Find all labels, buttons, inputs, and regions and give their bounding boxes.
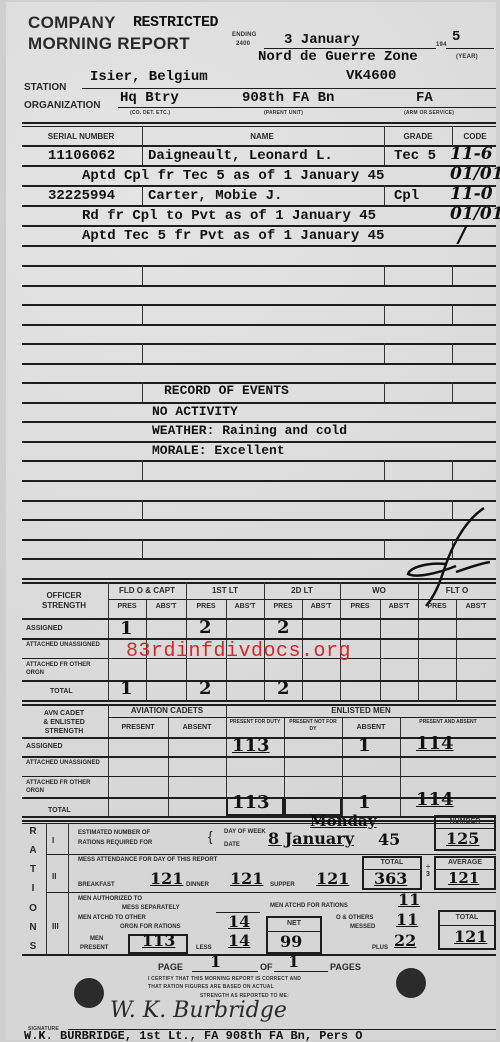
signer-name-title: W.K. BURBRIDGE, 1st Lt., FA 908th FA Bn,… [24, 1029, 362, 1042]
sub-pres: PRES [264, 603, 302, 610]
col-divider [142, 382, 143, 402]
col-divider [384, 265, 385, 285]
col-divider [384, 539, 385, 559]
year-suffix: 5 [452, 29, 460, 45]
col-divider [380, 599, 381, 700]
breakfast-count: 121 [150, 869, 183, 888]
enlisted-total-present-duty: 113 [232, 792, 270, 813]
col-divider [68, 823, 69, 954]
col-header-serial: SERIAL NUMBER [22, 132, 140, 141]
officer-group-wo: WO [340, 586, 418, 595]
side-letter: I [32, 883, 35, 894]
col-divider [142, 500, 143, 520]
average-label: AVERAGE [436, 859, 494, 866]
sub-abst: ABS'T [456, 603, 496, 610]
watermark: 83rdinfdivdocs.org [126, 640, 351, 663]
subheader-rule [108, 599, 496, 600]
col-divider [342, 717, 343, 816]
organization-value: Hq Btry [120, 90, 179, 106]
side-letter: O [29, 903, 37, 914]
grid-reference: VK4600 [346, 68, 396, 84]
mess-attendance-label: MESS ATTENDANCE FOR DAY OF THIS REPORT [78, 857, 217, 863]
rations-total-label: TOTAL [440, 914, 494, 921]
officer-group-fld-capt: FLD O & CAPT [108, 586, 186, 595]
entry-code: / [458, 222, 466, 248]
col-divider [46, 823, 47, 954]
average-box: AVERAGE 121 [434, 856, 496, 890]
average-value: 121 [448, 869, 479, 887]
pages-underline [274, 971, 328, 972]
officer-label-2: STRENGTH [42, 601, 86, 610]
side-letter: S [30, 941, 37, 952]
certify-line-1: I CERTIFY THAT THIS MORNING REPORT IS CO… [148, 976, 301, 982]
officer-label-1: OFFICER [46, 591, 81, 600]
row-rule [22, 680, 496, 682]
classification-stamp: RESTRICTED [133, 14, 218, 31]
col-present-for-duty: PRESENT FOR DUTY [228, 719, 282, 726]
others-value: 11 [396, 910, 418, 929]
col-divider [452, 126, 453, 146]
col-divider [142, 126, 143, 146]
group-aviation-cadets: AVIATION CADETS [108, 706, 226, 715]
certify-line-2: THAT RATION FIGURES ARE BASED ON ACTUAL [148, 984, 274, 990]
supper-count: 121 [316, 869, 349, 888]
officer-assigned-fld-pres: 1 [120, 618, 133, 639]
col-divider [384, 145, 385, 165]
sub-abst: ABS'T [226, 603, 264, 610]
net-label: NET [268, 920, 320, 927]
col-divider [142, 343, 143, 363]
row-rule [22, 776, 496, 777]
page-number: 1 [210, 952, 221, 971]
sub-pres: PRES [418, 603, 456, 610]
section-rule [22, 820, 496, 822]
atchd-other-label-1: MEN ATCHD TO OTHER [78, 915, 146, 921]
signature: W. K. Burbridge [110, 998, 287, 1023]
section-rule-2 [22, 823, 496, 824]
col-divider [384, 500, 385, 520]
dinner-label: DINNER [186, 882, 209, 888]
col-header-name: NAME [142, 132, 382, 141]
row-rule [22, 460, 496, 462]
others-label-1: O & OTHERS [336, 915, 373, 921]
col-enlisted-absent: ABSENT [342, 724, 400, 731]
col-present-and-absent: PRESENT AND ABSENT [406, 719, 490, 726]
entry-name: Daigneault, Leonard L. [148, 148, 333, 164]
men-present-label-1: MEN [90, 936, 103, 942]
col-divider [142, 539, 143, 559]
side-letter: R [29, 826, 36, 837]
plus-label: PLUS [372, 945, 388, 951]
enlisted-label-2: & ENLISTED [43, 719, 85, 726]
brace-icon: { [208, 828, 213, 844]
col-header-code: CODE [454, 132, 496, 141]
group-enlisted-men: ENLISTED MEN [226, 706, 496, 715]
organization-label: ORGANIZATION [24, 100, 100, 111]
row-rule [22, 343, 496, 345]
col-divider [452, 265, 453, 285]
rations-total-value: 121 [454, 927, 487, 946]
col-divider [384, 382, 385, 402]
table-top-rule [22, 122, 496, 124]
breakfast-label: BREAKFAST [78, 882, 115, 888]
parent-sub-label: (PARENT UNIT) [264, 110, 303, 116]
officer-assigned-2lt-pres: 2 [277, 617, 290, 638]
pages-label: PAGES [330, 962, 361, 972]
report-date: 3 January [284, 32, 360, 48]
col-cadets-present: PRESENT [108, 724, 168, 731]
ending-time-label: 2400 [236, 41, 250, 47]
less-value: 14 [228, 931, 250, 950]
officer-row-attached-unassigned: ATTACHED UNASSIGNED [26, 641, 106, 649]
enlisted-strength-label: AVN CADET& ENLISTEDSTRENGTH [22, 709, 106, 736]
col-divider [384, 304, 385, 324]
row-rule [22, 618, 496, 620]
officer-strength-label: OFFICERSTRENGTH [22, 591, 106, 611]
mess-separately-label-1: MEN AUTHORIZED TO [78, 896, 142, 902]
rations-total-box: TOTAL 121 [438, 910, 496, 950]
entry-code: 11-6 [450, 144, 493, 164]
col-divider [384, 343, 385, 363]
row-rule [22, 225, 496, 227]
officer-total-1lt-pres: 2 [199, 678, 212, 699]
entry-remark: Aptd Cpl fr Tec 5 as of 1 January 45 [82, 168, 384, 184]
row-rule [22, 816, 496, 818]
total-pages: 1 [288, 952, 299, 971]
col-divider [384, 185, 385, 205]
enlisted-label-3: STRENGTH [45, 728, 84, 735]
enlisted-assigned-absent: 1 [358, 735, 371, 756]
divide-by-three: ÷ 3 [424, 864, 432, 878]
officer-row-attached-other: ATTACHED FR OTHER ORGN [26, 661, 106, 677]
row-rule [22, 285, 496, 287]
station-value: Isier, Belgium [90, 69, 208, 85]
form-title-morning-report: MORNING REPORT [28, 34, 190, 54]
col-header-grade: GRADE [384, 132, 452, 141]
enlisted-assigned-present-absent: 114 [416, 733, 454, 754]
year-label: (YEAR) [456, 54, 478, 60]
day-of-week-label: DAY OF WEEK [224, 829, 266, 835]
officer-group-1st-lt: 1ST LT [186, 586, 264, 595]
col-divider [142, 460, 143, 480]
officer-group-flt-o: FLT O [418, 586, 496, 595]
col-divider [142, 185, 143, 205]
row-rule [22, 304, 496, 306]
arm-service: FA [416, 90, 433, 106]
sub-abst: ABS'T [380, 603, 418, 610]
mess-total-box: TOTAL 363 [362, 856, 422, 890]
subheader-rule [108, 717, 496, 718]
entry-code: 11-0 [450, 184, 493, 204]
record-line-morale: MORALE: Excellent [152, 443, 285, 458]
enlisted-row-attached-unassigned: ATTACHED UNASSIGNED [26, 759, 106, 767]
row-rule [22, 480, 496, 482]
box-rule [440, 925, 494, 926]
col-divider [384, 460, 385, 480]
dinner-count: 121 [230, 869, 263, 888]
sub-pres: PRES [108, 603, 146, 610]
date-label: DATE [224, 842, 240, 848]
entry-grade: Tec 5 [394, 148, 436, 164]
punch-hole-right [396, 968, 426, 998]
record-line-activity: NO ACTIVITY [152, 404, 238, 419]
table-top-rule-2 [22, 126, 496, 127]
men-present-value: 113 [142, 931, 175, 950]
row-rule [22, 165, 496, 167]
sub-pres: PRES [186, 603, 226, 610]
enlisted-row-assigned: ASSIGNED [26, 743, 63, 750]
officer-group-2d-lt: 2D LT [264, 586, 340, 595]
officer-row-assigned: ASSIGNED [26, 625, 63, 632]
net-value: 99 [280, 932, 302, 951]
officer-assigned-1lt-pres: 2 [199, 617, 212, 638]
row-rule [46, 854, 496, 855]
total-label: TOTAL [364, 859, 420, 866]
station-underline [82, 88, 496, 89]
net-box: NET 99 [266, 916, 322, 954]
entry-code: 01/01 [450, 204, 500, 224]
col-divider [452, 382, 453, 402]
side-letter: T [30, 864, 36, 875]
entry-name: Carter, Mobie J. [148, 188, 282, 204]
col-divider [452, 460, 453, 480]
row-rule [22, 145, 496, 147]
enlisted-label-1: AVN CADET [44, 710, 84, 717]
col-divider [108, 704, 109, 816]
entry-remark: Aptd Tec 5 fr Pvt as of 1 January 45 [82, 228, 384, 244]
entry-remark: Rd fr Cpl to Pvt as of 1 January 45 [82, 208, 376, 224]
atchd-other-value: 14 [228, 912, 250, 931]
sub-abst: ABS'T [146, 603, 186, 610]
initials-flourish-icon [396, 502, 496, 612]
morning-report-form: COMPANY RESTRICTED MORNING REPORT ENDING… [6, 2, 496, 1040]
others-label-2: MESSED [350, 924, 375, 930]
less-label: LESS [196, 945, 212, 951]
col-divider [142, 145, 143, 165]
enlisted-assigned-present-duty: 113 [232, 735, 270, 756]
ration-estimate-label-1: ESTIMATED NUMBER OF [78, 830, 150, 836]
row-rule [22, 402, 496, 404]
officer-row-total: TOTAL [50, 688, 73, 695]
entry-serial: 11106062 [48, 148, 115, 164]
atchd-for-rations-value: 11 [398, 890, 420, 909]
ration-number: 125 [446, 829, 479, 848]
men-present-label-2: PRESENT [80, 945, 108, 951]
col-divider [456, 599, 457, 700]
row-rule [22, 205, 496, 207]
arm-sub-label: (ARM OR SERVICE) [404, 110, 454, 116]
entry-grade: Cpl [394, 188, 419, 204]
record-line-weather: WEATHER: Raining and cold [152, 423, 347, 438]
row-rule [22, 363, 496, 365]
entry-code: 01/01 [450, 164, 500, 184]
ration-day: Monday [310, 812, 376, 830]
page-underline [192, 971, 258, 972]
station-label: STATION [24, 82, 66, 93]
side-letter: A [29, 845, 36, 856]
ration-number-box: NUMBER 125 [434, 815, 496, 851]
officer-total-fld-pres: 1 [120, 678, 133, 699]
col-divider [384, 126, 385, 146]
ration-year: 45 [378, 830, 400, 849]
page-label: PAGE [158, 962, 183, 972]
numeral-i: I [52, 836, 54, 845]
numeral-iii: III [52, 922, 59, 931]
record-of-events-heading: RECORD OF EVENTS [164, 383, 289, 398]
section-rule [22, 954, 496, 956]
side-letter: N [29, 922, 36, 933]
col-divider [400, 717, 401, 816]
of-label: OF [260, 962, 273, 972]
zone: Nord de Guerre Zone [258, 49, 418, 65]
section-rule [22, 582, 496, 584]
numeral-ii: II [52, 872, 56, 881]
col-divider [168, 717, 169, 816]
plus-value: 22 [394, 931, 416, 950]
sub-abst: ABS'T [302, 603, 340, 610]
col-divider [142, 265, 143, 285]
year-underline [446, 48, 494, 49]
number-label: NUMBER [436, 818, 494, 825]
ration-date: 8 January [268, 829, 354, 848]
punch-hole-left [74, 978, 104, 1008]
col-divider [452, 343, 453, 363]
mess-separately-label-2: MESS SEPARATELY [122, 905, 180, 911]
row-rule [22, 756, 496, 758]
row-rule [22, 185, 496, 187]
sub-pres: PRES [340, 603, 380, 610]
row-rule [22, 324, 496, 326]
row-rule [22, 265, 496, 267]
rations-side-label: R A T I O N S [22, 826, 44, 952]
col-divider [452, 304, 453, 324]
organization-underline [118, 107, 496, 108]
col-present-not-for-duty: PRESENT NOT FOR DY [286, 719, 340, 733]
row-rule [22, 700, 496, 702]
col-divider [142, 304, 143, 324]
row-rule [46, 892, 496, 893]
enlisted-row-attached-other: ATTACHED FR OTHER ORGN [26, 779, 106, 795]
atchd-other-label-2: ORGN FOR RATIONS [120, 924, 181, 930]
row-rule [22, 245, 496, 247]
enlisted-total-absent: 1 [358, 792, 371, 813]
ending-label: ENDING [232, 32, 257, 38]
form-title-company: COMPANY [28, 13, 116, 33]
officer-total-2lt-pres: 2 [277, 678, 290, 699]
parent-unit: 908th FA Bn [242, 90, 334, 106]
atchd-for-rations-label: MEN ATCHD FOR RATIONS [270, 903, 348, 909]
enlisted-total-present-absent: 114 [416, 789, 454, 810]
enlisted-row-total: TOTAL [48, 807, 71, 814]
supper-label: SUPPER [270, 882, 295, 888]
entry-serial: 32225994 [48, 188, 115, 204]
ration-estimate-label-2: RATIONS REQUIRED FOR [78, 840, 152, 846]
mess-total: 363 [374, 869, 407, 888]
col-cadets-absent: ABSENT [168, 724, 226, 731]
org-sub-label: (CO. DET. ETC.) [130, 110, 170, 116]
